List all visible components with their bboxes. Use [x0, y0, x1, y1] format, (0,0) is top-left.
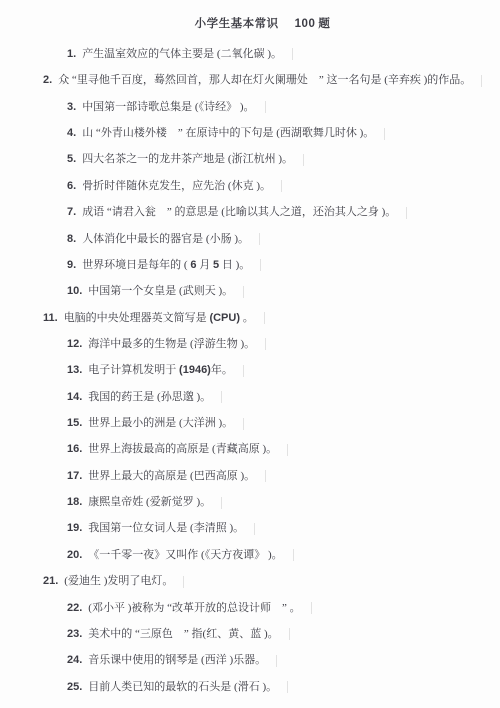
text-segment: 骨折时伴随休克发生，应先治 (休克 )。 — [82, 180, 271, 192]
text-segment: 我国的药王是 (孙思邈 )。 — [88, 391, 211, 403]
question-number: 8. — [67, 233, 76, 245]
question-text: 骨折时伴随休克发生，应先治 (休克 )。 — [82, 180, 271, 192]
question-number: 1. — [67, 48, 76, 60]
question-text: 四大名茶之一的龙井茶产地是 (浙江杭州 )。 — [82, 153, 293, 165]
text-segment: 电子计算机发明于 — [88, 364, 179, 376]
text-segment: 中国第一部诗歌总集是 (《诗经》 )。 — [82, 101, 254, 113]
question-text: (爱迪生 )发明了电灯。 — [64, 575, 173, 587]
text-segment: 电脑的中央处理器英文简写是 — [64, 312, 210, 324]
question-text: 我国的药王是 (孙思邈 )。 — [88, 391, 211, 403]
cell-border-artifact — [384, 128, 385, 140]
text-segment: 世界环境日是每年的 ( — [82, 259, 190, 271]
question-item: 15.世界上最小的洲是 (大洋洲 )。 — [43, 417, 482, 430]
text-segment: 《一千零一夜》又叫作 (《天方夜谭》 )。 — [88, 549, 282, 561]
page-title-text: 小学生基本常识 — [195, 18, 279, 30]
question-text: 世界上最大的高原是 (巴西高原 )。 — [88, 470, 255, 482]
question-text: 中国第一部诗歌总集是 (《诗经》 )。 — [82, 101, 254, 113]
cell-border-artifact — [406, 207, 407, 219]
text-segment: 年。 — [211, 364, 233, 376]
text-segment: 海洋中最多的生物是 (浮游生物 )。 — [88, 338, 255, 350]
question-text: (邓小平 )被称为 “改革开放的总设计师 ” 。 — [88, 602, 300, 614]
page-title-suffix: 题 — [318, 18, 330, 30]
question-number: 18. — [67, 496, 82, 508]
question-number: 23. — [67, 628, 82, 640]
question-item: 24.音乐课中使用的钢琴是 (西洋 )乐器。 — [43, 654, 482, 667]
question-item: 14.我国的药王是 (孙思邈 )。 — [43, 391, 482, 404]
question-item: 17.世界上最大的高原是 (巴西高原 )。 — [43, 470, 482, 483]
text-segment: 山 “外青山楼外楼 ” 在原诗中的下句是 (西湖歌舞几时休 )。 — [82, 127, 374, 139]
question-text: 美术中的 “三原色 ” 指(红、黄、蓝 )。 — [88, 628, 278, 640]
question-text: 产生温室效应的气体主要是 (二氧化碳 )。 — [82, 48, 282, 60]
question-number: 24. — [67, 654, 82, 666]
question-item: 1.产生温室效应的气体主要是 (二氧化碳 )。 — [43, 48, 482, 61]
cell-border-artifact — [265, 101, 266, 113]
cell-border-artifact — [183, 576, 184, 588]
question-number: 3. — [67, 101, 76, 113]
question-number: 2. — [43, 74, 52, 86]
question-text: 目前人类已知的最软的石头是 (滑石 )。 — [88, 681, 277, 693]
cell-border-artifact — [265, 338, 266, 350]
question-text: 世界环境日是每年的 ( 6 月 5 日 )。 — [82, 259, 250, 271]
answer-bold-segment: (CPU) — [209, 312, 240, 324]
question-text: 音乐课中使用的钢琴是 (西洋 )乐器。 — [88, 654, 266, 666]
cell-border-artifact — [260, 259, 261, 271]
question-item: 4.山 “外青山楼外楼 ” 在原诗中的下句是 (西湖歌舞几时休 )。 — [43, 127, 482, 140]
question-item: 11.电脑的中央处理器英文简写是 (CPU) 。 — [43, 312, 482, 325]
text-segment: 美术中的 “三原色 ” 指(红、黄、蓝 )。 — [88, 628, 278, 640]
question-number: 21. — [43, 575, 58, 587]
question-number: 7. — [67, 206, 76, 218]
question-text: 众 “里寻他千百度，蓦然回首，那人却在灯火阑珊处 ” 这一名句是 (辛弃疾 )的… — [58, 74, 471, 86]
cell-border-artifact — [281, 180, 282, 192]
question-text: 人体消化中最长的器官是 (小肠 )。 — [82, 233, 249, 245]
question-item: 12.海洋中最多的生物是 (浮游生物 )。 — [43, 338, 482, 351]
question-text: 成语 “请君入瓮 ” 的意思是 (比喻以其人之道，还治其人之身 )。 — [82, 206, 396, 218]
question-number: 16. — [67, 443, 82, 455]
cell-border-artifact — [265, 470, 266, 482]
text-segment: 世界上海拔最高的高原是 (青藏高原 )。 — [88, 443, 277, 455]
question-item: 23.美术中的 “三原色 ” 指(红、黄、蓝 )。 — [43, 628, 482, 641]
question-number: 20. — [67, 549, 82, 561]
question-item: 25.目前人类已知的最软的石头是 (滑石 )。 — [43, 681, 482, 694]
text-segment: (爱迪生 )发明了电灯。 — [64, 575, 173, 587]
question-number: 25. — [67, 681, 82, 693]
page-title-count: 100 — [295, 18, 316, 30]
question-number: 19. — [67, 522, 82, 534]
text-segment: (邓小平 )被称为 “改革开放的总设计师 ” 。 — [88, 602, 300, 614]
question-text: 电子计算机发明于 (1946)年。 — [88, 364, 233, 376]
question-item: 19.我国第一位女词人是 (李清照 )。 — [43, 522, 482, 535]
question-number: 10. — [67, 285, 82, 297]
text-segment: 我国第一位女词人是 (李清照 )。 — [88, 522, 244, 534]
question-text: 山 “外青山楼外楼 ” 在原诗中的下句是 (西湖歌舞几时休 )。 — [82, 127, 374, 139]
text-segment: 月 — [196, 259, 213, 271]
question-text: 康熙皇帝姓 (爱新觉罗 )。 — [88, 496, 211, 508]
question-text: 电脑的中央处理器英文简写是 (CPU) 。 — [64, 312, 254, 324]
text-segment: 中国第一个女皇是 (武则天 )。 — [88, 285, 233, 297]
text-segment: 人体消化中最长的器官是 (小肠 )。 — [82, 233, 249, 245]
text-segment: 众 “里寻他千百度，蓦然回首，那人却在灯火阑珊处 ” 这一名句是 (辛弃疾 )的… — [58, 74, 471, 86]
cell-border-artifact — [264, 312, 265, 324]
question-item: 9.世界环境日是每年的 ( 6 月 5 日 )。 — [43, 259, 482, 272]
cell-border-artifact — [243, 286, 244, 298]
question-text: 《一千零一夜》又叫作 (《天方夜谭》 )。 — [88, 549, 282, 561]
cell-border-artifact — [243, 418, 244, 430]
question-number: 13. — [67, 364, 82, 376]
page-title: 小学生基本常识100题 — [43, 15, 482, 31]
answer-bold-segment: (1946) — [179, 364, 211, 376]
question-text: 世界上海拔最高的高原是 (青藏高原 )。 — [88, 443, 277, 455]
question-item: 10.中国第一个女皇是 (武则天 )。 — [43, 285, 482, 298]
question-number: 11. — [43, 312, 58, 324]
text-segment: 目前人类已知的最软的石头是 (滑石 )。 — [88, 681, 277, 693]
question-item: 5.四大名茶之一的龙井茶产地是 (浙江杭州 )。 — [43, 153, 482, 166]
question-item: 16.世界上海拔最高的高原是 (青藏高原 )。 — [43, 443, 482, 456]
cell-border-artifact — [221, 391, 222, 403]
cell-border-artifact — [221, 497, 222, 509]
cell-border-artifact — [292, 48, 293, 60]
question-item: 7.成语 “请君入瓮 ” 的意思是 (比喻以其人之道，还治其人之身 )。 — [43, 206, 482, 219]
question-text: 我国第一位女词人是 (李清照 )。 — [88, 522, 244, 534]
cell-border-artifact — [287, 444, 288, 456]
question-item: 3.中国第一部诗歌总集是 (《诗经》 )。 — [43, 101, 482, 114]
cell-border-artifact — [311, 602, 312, 614]
document-page: 小学生基本常识100题 1.产生温室效应的气体主要是 (二氧化碳 )。2.众 “… — [0, 0, 500, 708]
question-number: 12. — [67, 338, 82, 350]
question-item: 22.(邓小平 )被称为 “改革开放的总设计师 ” 。 — [43, 602, 482, 615]
cell-border-artifact — [293, 549, 294, 561]
question-item: 8.人体消化中最长的器官是 (小肠 )。 — [43, 233, 482, 246]
cell-border-artifact — [243, 365, 244, 377]
question-number: 5. — [67, 153, 76, 165]
text-segment: 成语 “请君入瓮 ” 的意思是 (比喻以其人之道，还治其人之身 )。 — [82, 206, 396, 218]
text-segment: 康熙皇帝姓 (爱新觉罗 )。 — [88, 496, 211, 508]
cell-border-artifact — [259, 233, 260, 245]
question-item: 21.(爱迪生 )发明了电灯。 — [43, 575, 482, 588]
question-number: 6. — [67, 180, 76, 192]
cell-border-artifact — [303, 154, 304, 166]
question-text: 海洋中最多的生物是 (浮游生物 )。 — [88, 338, 255, 350]
question-item: 18.康熙皇帝姓 (爱新觉罗 )。 — [43, 496, 482, 509]
question-number: 9. — [67, 259, 76, 271]
question-text: 中国第一个女皇是 (武则天 )。 — [88, 285, 233, 297]
cell-border-artifact — [276, 655, 277, 667]
cell-border-artifact — [289, 628, 290, 640]
question-item: 20.《一千零一夜》又叫作 (《天方夜谭》 )。 — [43, 549, 482, 562]
question-item: 2.众 “里寻他千百度，蓦然回首，那人却在灯火阑珊处 ” 这一名句是 (辛弃疾 … — [43, 74, 482, 87]
text-segment: 世界上最小的洲是 (大洋洲 )。 — [88, 417, 233, 429]
question-number: 15. — [67, 417, 82, 429]
text-segment: 音乐课中使用的钢琴是 (西洋 )乐器。 — [88, 654, 266, 666]
cell-border-artifact — [287, 681, 288, 693]
question-list: 1.产生温室效应的气体主要是 (二氧化碳 )。2.众 “里寻他千百度，蓦然回首，… — [43, 48, 482, 694]
question-number: 14. — [67, 391, 82, 403]
text-segment: 世界上最大的高原是 (巴西高原 )。 — [88, 470, 255, 482]
question-text: 世界上最小的洲是 (大洋洲 )。 — [88, 417, 233, 429]
cell-border-artifact — [481, 75, 482, 87]
text-segment: 四大名茶之一的龙井茶产地是 (浙江杭州 )。 — [82, 153, 293, 165]
question-number: 17. — [67, 470, 82, 482]
question-number: 4. — [67, 127, 76, 139]
question-number: 22. — [67, 602, 82, 614]
text-segment: 日 )。 — [219, 259, 250, 271]
text-segment: 产生温室效应的气体主要是 (二氧化碳 )。 — [82, 48, 282, 60]
text-segment: 。 — [240, 312, 254, 324]
question-item: 13.电子计算机发明于 (1946)年。 — [43, 364, 482, 377]
cell-border-artifact — [254, 523, 255, 535]
question-item: 6.骨折时伴随休克发生，应先治 (休克 )。 — [43, 180, 482, 193]
